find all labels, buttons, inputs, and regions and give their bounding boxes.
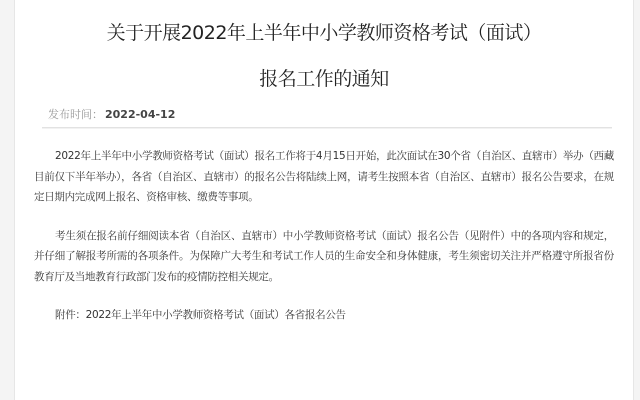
article-body: 2022年上半年中小学教师资格考试（面试）报名工作将于4月15日开始，此次面试在… bbox=[34, 146, 614, 326]
publish-label: 发布时间： bbox=[48, 108, 103, 121]
paragraph-2: 考生须在报名前仔细阅读本省（自治区、直辖市）中小学教师资格考试（面试）报名公告（… bbox=[34, 226, 614, 288]
publish-date: 2022-04-12 bbox=[105, 108, 175, 121]
article-title-line-2: 报名工作的通知 bbox=[15, 64, 633, 91]
attachment-label: 附件： bbox=[55, 309, 86, 321]
attachment-line: 附件：2022年上半年中小学教师资格考试（面试）各省报名公告 bbox=[34, 305, 614, 326]
article-page: 关于开展2022年上半年中小学教师资格考试（面试） 报名工作的通知 发布时间：2… bbox=[14, 0, 634, 400]
publish-info: 发布时间：2022-04-12 bbox=[48, 106, 175, 122]
article-title-line-1: 关于开展2022年上半年中小学教师资格考试（面试） bbox=[15, 18, 633, 45]
attachment-link[interactable]: 2022年上半年中小学教师资格考试（面试）各省报名公告 bbox=[86, 309, 346, 321]
paragraph-1: 2022年上半年中小学教师资格考试（面试）报名工作将于4月15日开始，此次面试在… bbox=[34, 146, 614, 208]
title-divider bbox=[42, 127, 612, 129]
